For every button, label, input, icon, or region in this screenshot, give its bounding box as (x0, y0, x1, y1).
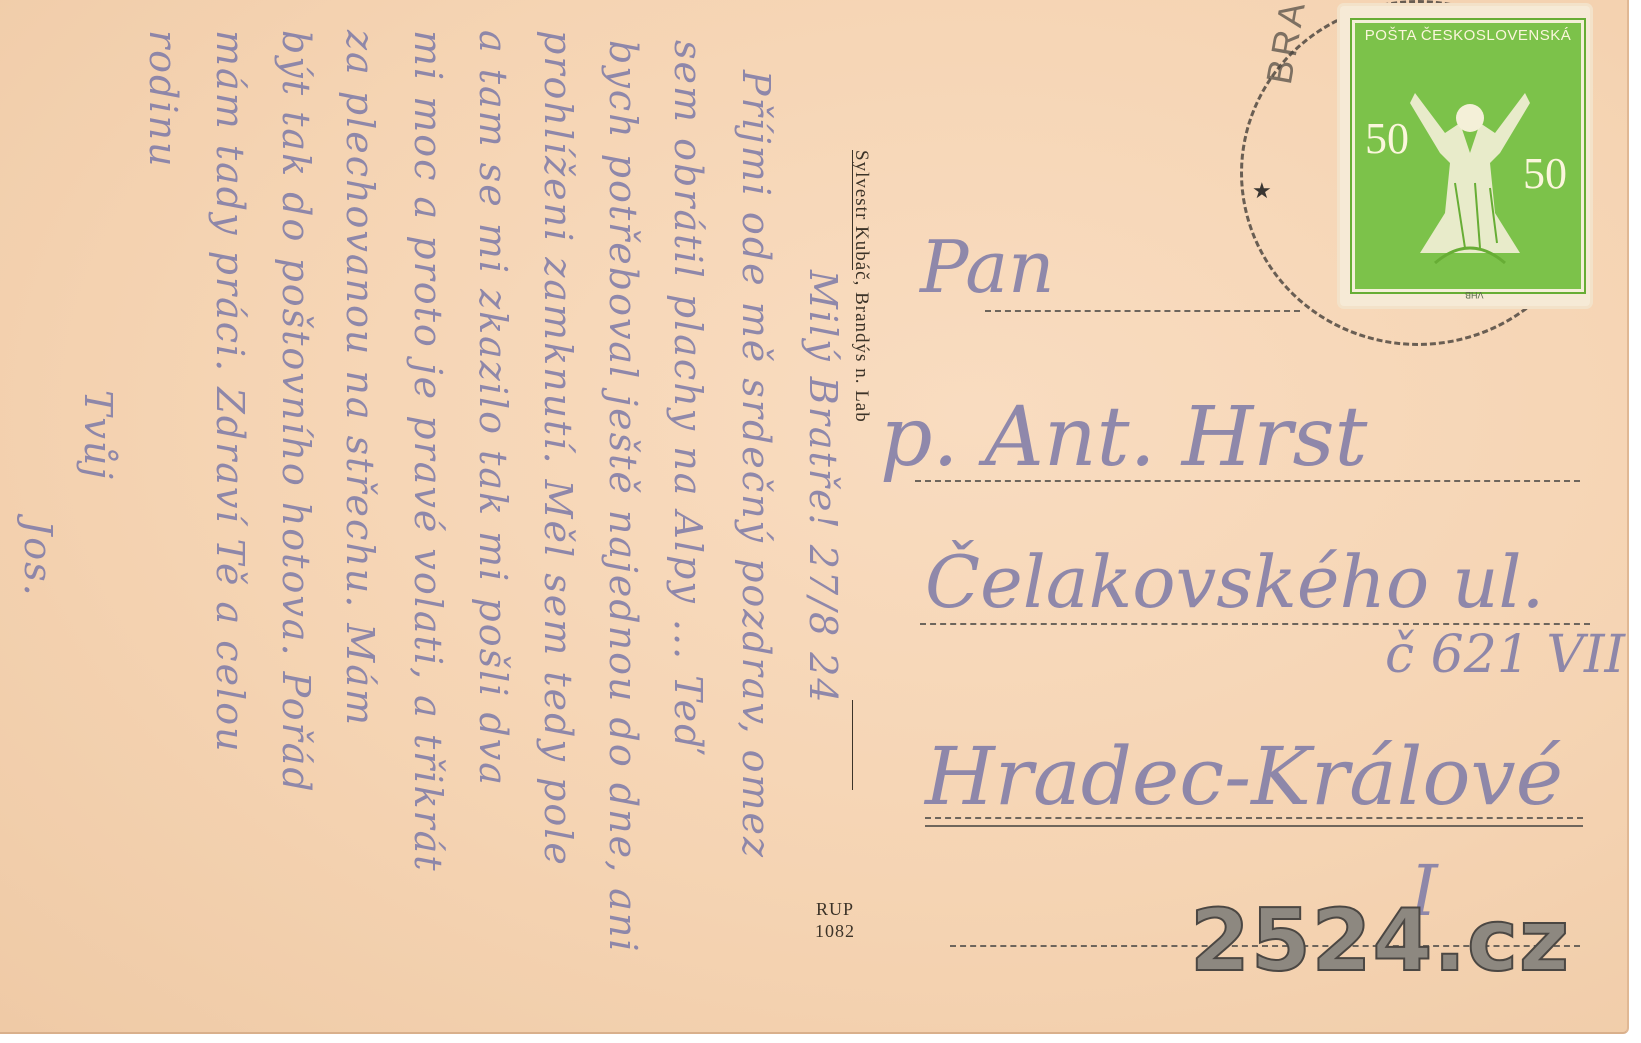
message-line: mi moc a proto je pravé volati, a třikrá… (406, 30, 450, 873)
allegory-figure-icon (1405, 63, 1535, 273)
print-code-line2: 1082 (815, 920, 855, 942)
message-closing: Tvůj (76, 390, 120, 481)
watermark-logo: 2524.cz (1190, 898, 1570, 984)
address-number: č 621 VII (1385, 625, 1625, 685)
message-line: mám tady práci. Zdraví Tě a celou (208, 30, 252, 754)
divider-line-bottom (852, 700, 853, 790)
postmark-star-icon: ★ (1252, 178, 1272, 204)
stamp-country: POŠTA ČESKOSLOVENSKÁ (1355, 27, 1581, 44)
message-signature: Jos. (16, 520, 60, 598)
address-salutation: Pan (920, 225, 1055, 309)
stamp-engraver: VHB (1465, 290, 1484, 300)
message-line: sem obrátil plachy na Alpy ... Teď (666, 40, 710, 750)
print-code-line1: RUP (815, 898, 855, 920)
message-line: prohlíženi zamknutí. Měl sem tedy pole (536, 30, 580, 867)
message-line: bych potřeboval ještě najednou do dne, a… (601, 40, 645, 954)
stamp-value-left: 50 (1365, 113, 1409, 164)
postage-stamp: POŠTA ČESKOSLOVENSKÁ 50 50 (1352, 20, 1584, 292)
address-name: p. Ant. Hrst (880, 390, 1367, 485)
postcard-back: Milý Bratře! 27/8 24 Příjmi ode mě srdeč… (0, 0, 1629, 1034)
message-line: být tak do poštovního hotova. Pořád (274, 30, 318, 794)
publisher-imprint: Sylvestr Kubáč, Brandýs n. Lab (850, 150, 872, 423)
address-dotline-1 (985, 310, 1300, 312)
print-code: RUP 1082 (815, 898, 855, 942)
message-line: a tam se mi zkazilo tak mi pošli dva (471, 30, 515, 787)
address-city: Hradec-Králové (925, 730, 1563, 823)
message-greeting: Milý Bratře! 27/8 24 (801, 270, 845, 705)
address-underline (925, 825, 1583, 827)
message-line: rodinu (141, 30, 185, 168)
stamp-value-right: 50 (1523, 148, 1567, 199)
message-line: Příjmi ode mě srdečný pozdrav, omez (734, 70, 778, 859)
message-line: za plechovanou na střechu. Mám (338, 30, 382, 727)
address-street: Čelakovského ul. (925, 540, 1544, 624)
